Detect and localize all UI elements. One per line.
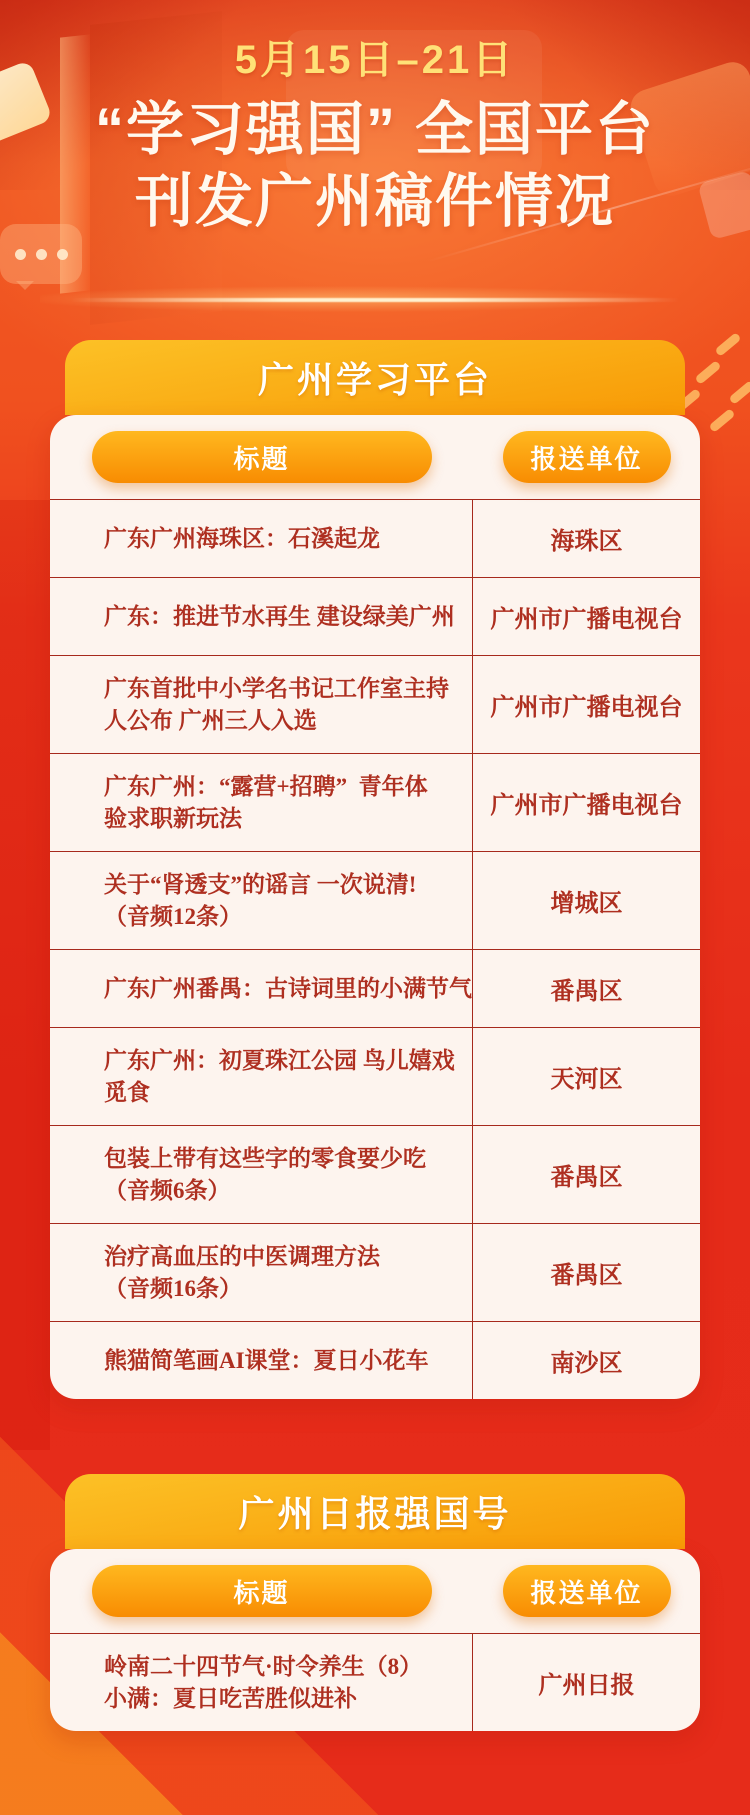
- article-title: 广东广州番禺：古诗词里的小满节气: [50, 950, 473, 1027]
- column-header-title: 标题: [92, 1565, 432, 1617]
- submitting-unit: 增城区: [473, 852, 700, 949]
- article-title: 关于“肾透支”的谣言 一次说清! （音频12条）: [50, 852, 473, 949]
- section-header-label: 广州学习平台: [258, 352, 492, 403]
- table-header-row: 标题 报送单位: [50, 415, 700, 499]
- article-title: 包装上带有这些字的零食要少吃 （音频6条）: [50, 1126, 473, 1223]
- table-row: 熊猫简笔画AI课堂：夏日小花车 南沙区: [50, 1321, 700, 1399]
- table-row: 广东：推进节水再生 建设绿美广州 广州市广播电视台: [50, 577, 700, 655]
- table-row: 包装上带有这些字的零食要少吃 （音频6条） 番禺区: [50, 1125, 700, 1223]
- section-header-guangzhou-platform: 广州学习平台: [65, 340, 685, 415]
- table-row: 广东首批中小学名书记工作室主持 人公布 广州三人入选 广州市广播电视台: [50, 655, 700, 753]
- table-row: 岭南二十四节气·时令养生（8） 小满：夏日吃苦胜似进补 广州日报: [50, 1633, 700, 1731]
- article-title: 广东广州：“露营+招聘” 青年体 验求职新玩法: [50, 754, 473, 851]
- table-row: 广东广州：初夏珠江公园 鸟儿嬉戏 觅食 天河区: [50, 1027, 700, 1125]
- date-range: 5月15日–21日: [0, 0, 750, 84]
- poster-title-line2: 刊发广州稿件情况: [0, 166, 750, 238]
- article-title: 广东广州：初夏珠江公园 鸟儿嬉戏 觅食: [50, 1028, 473, 1125]
- table-guangzhou-platform: 标题 报送单位 广东广州海珠区：石溪起龙 海珠区 广东：推进节水再生 建设绿美广…: [50, 415, 700, 1399]
- submitting-unit: 番禺区: [473, 950, 700, 1027]
- table-row: 广东广州番禺：古诗词里的小满节气 番禺区: [50, 949, 700, 1027]
- table-guangzhou-daily: 标题 报送单位 岭南二十四节气·时令养生（8） 小满：夏日吃苦胜似进补 广州日报: [50, 1549, 700, 1731]
- column-header-title: 标题: [92, 431, 432, 483]
- poster-title-line1: “学习强国” 全国平台: [0, 94, 750, 166]
- submitting-unit: 番禺区: [473, 1224, 700, 1321]
- article-title: 广东：推进节水再生 建设绿美广州: [50, 578, 473, 655]
- submitting-unit: 广州市广播电视台: [473, 754, 700, 851]
- article-title: 岭南二十四节气·时令养生（8） 小满：夏日吃苦胜似进补: [50, 1634, 473, 1731]
- section-header-label: 广州日报强国号: [238, 1486, 511, 1537]
- article-title: 治疗高血压的中医调理方法 （音频16条）: [50, 1224, 473, 1321]
- table-row: 广东广州海珠区：石溪起龙 海珠区: [50, 499, 700, 577]
- table-row: 治疗高血压的中医调理方法 （音频16条） 番禺区: [50, 1223, 700, 1321]
- submitting-unit: 天河区: [473, 1028, 700, 1125]
- submitting-unit: 广州市广播电视台: [473, 578, 700, 655]
- submitting-unit: 广州日报: [473, 1634, 700, 1731]
- column-header-unit: 报送单位: [503, 431, 671, 483]
- table-row: 关于“肾透支”的谣言 一次说清! （音频12条） 增城区: [50, 851, 700, 949]
- article-title: 熊猫简笔画AI课堂：夏日小花车: [50, 1322, 473, 1399]
- submitting-unit: 广州市广播电视台: [473, 656, 700, 753]
- submitting-unit: 海珠区: [473, 500, 700, 577]
- table-header-row: 标题 报送单位: [50, 1549, 700, 1633]
- submitting-unit: 番禺区: [473, 1126, 700, 1223]
- table-row: 广东广州：“露营+招聘” 青年体 验求职新玩法 广州市广播电视台: [50, 753, 700, 851]
- article-title: 广东广州海珠区：石溪起龙: [50, 500, 473, 577]
- section-header-guangzhou-daily: 广州日报强国号: [65, 1474, 685, 1549]
- column-header-unit: 报送单位: [503, 1565, 671, 1617]
- submitting-unit: 南沙区: [473, 1322, 700, 1399]
- poster-root: 5月15日–21日 “学习强国” 全国平台 刊发广州稿件情况 广州学习平台 标题…: [0, 0, 750, 1815]
- article-title: 广东首批中小学名书记工作室主持 人公布 广州三人入选: [50, 656, 473, 753]
- poster-title: “学习强国” 全国平台 刊发广州稿件情况: [0, 94, 750, 238]
